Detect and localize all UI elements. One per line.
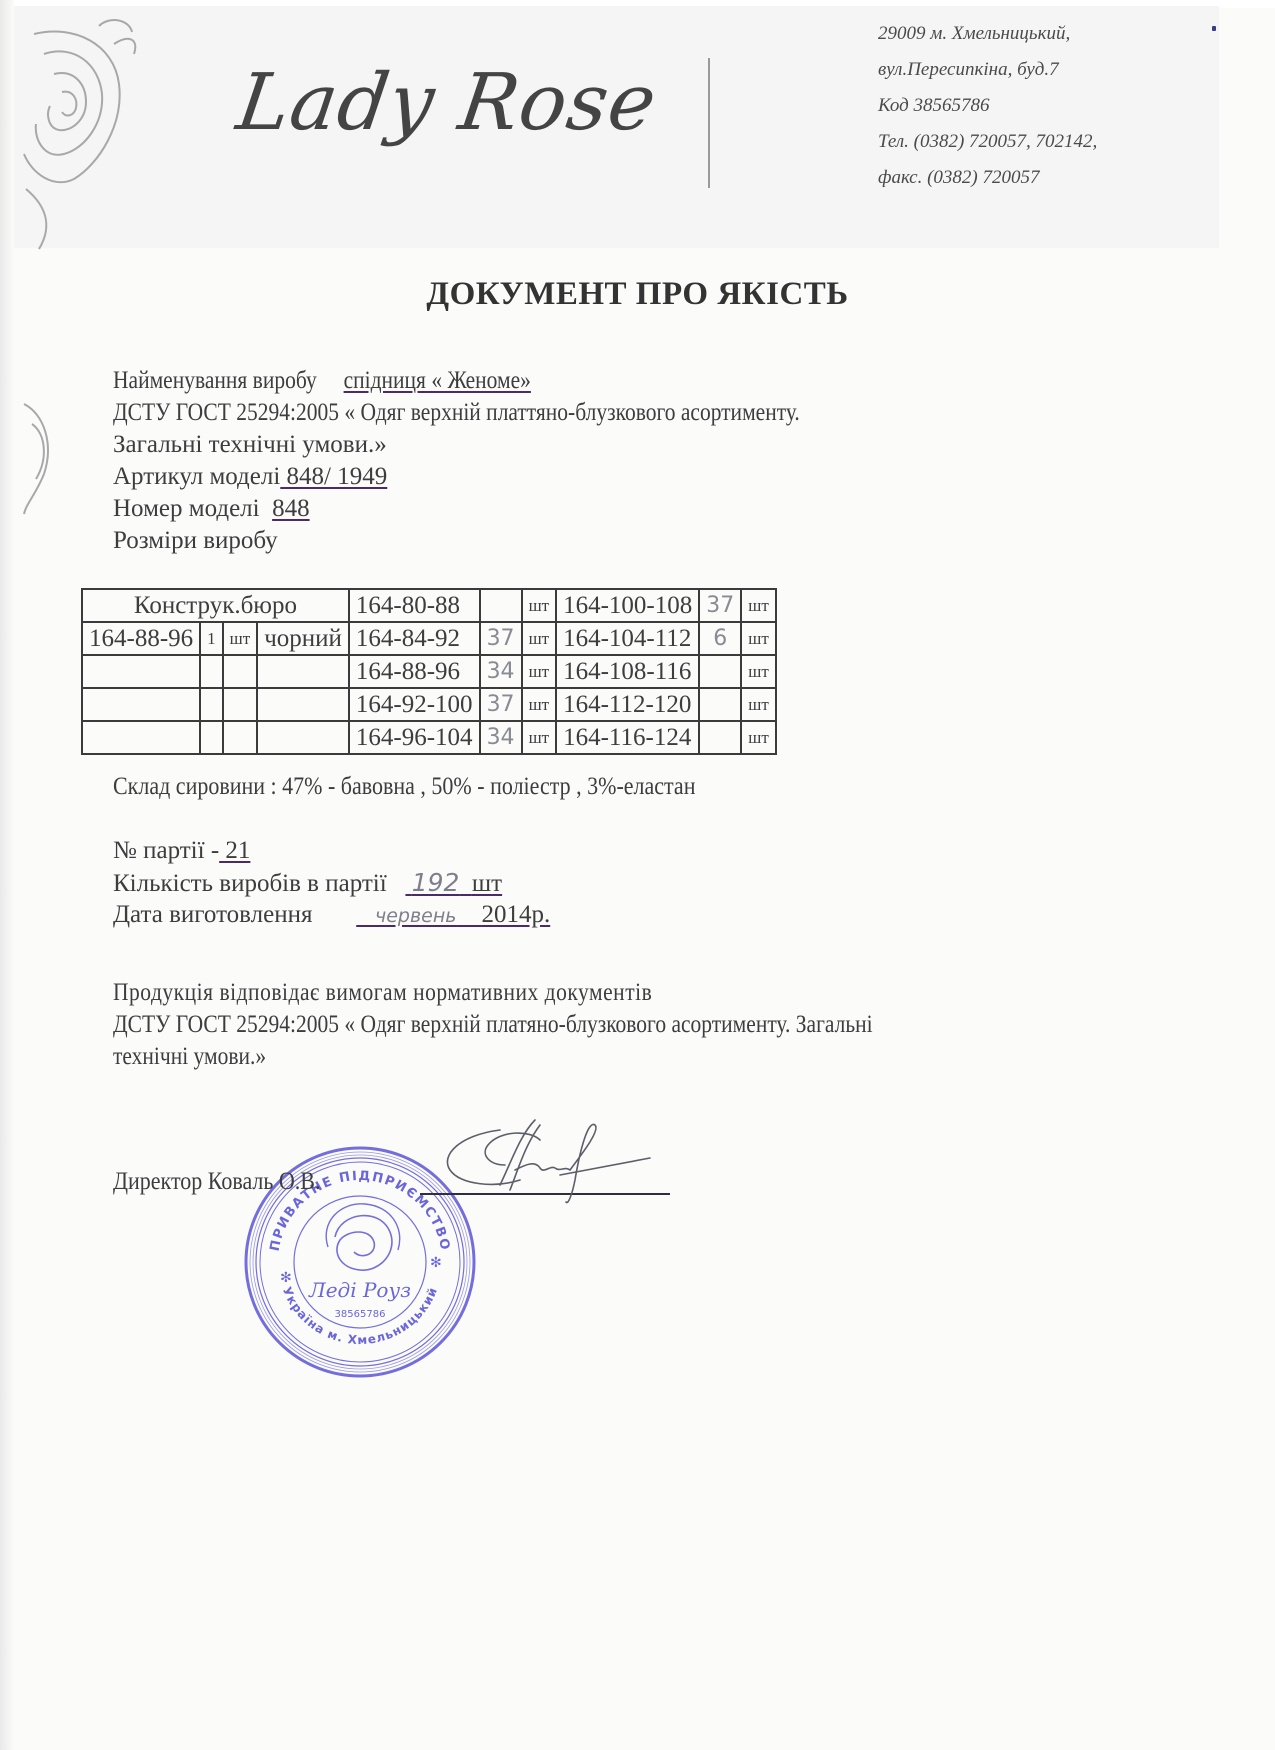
address-line: Тел. (0382) 720057, 702142, — [878, 124, 1097, 160]
unit-cell: шт — [741, 688, 776, 721]
composition: Склад сировини : 47% - бавовна , 50% - п… — [113, 772, 695, 802]
manufacture-year: 2014р. — [481, 901, 550, 928]
conformity-line: ДСТУ ГОСТ 25294:2005 « Одяг верхній плат… — [113, 1010, 873, 1040]
batch-quantity-label: Кількість виробів в партії — [113, 870, 387, 897]
size-table-row: 164-92-10037шт164-112-120шт — [82, 688, 776, 721]
rose-ornament-icon — [14, 14, 144, 614]
size-cell: 164-108-116 — [556, 655, 699, 688]
design-bureau-size: 164-88-96 — [82, 622, 200, 655]
batch-quantity-unit: шт — [472, 870, 502, 897]
signature-icon — [440, 1110, 680, 1210]
batch-number-value: 21 — [219, 837, 250, 864]
size-table-row: 164-88-9634шт164-108-116шт — [82, 655, 776, 688]
model-number-label: Номер моделі — [113, 495, 260, 522]
standard-line: ДСТУ ГОСТ 25294:2005 « Одяг верхній плат… — [113, 398, 800, 428]
design-bureau-unit — [223, 655, 258, 688]
size-cell: 164-112-120 — [556, 688, 699, 721]
unit-cell: шт — [741, 655, 776, 688]
quantity-cell — [480, 589, 522, 622]
quantity-cell — [699, 721, 741, 754]
unit-cell: шт — [741, 721, 776, 754]
size-cell: 164-96-104 — [349, 721, 480, 754]
sizes-label: Розміри виробу — [113, 526, 278, 556]
article-value: 848/ 1949 — [280, 463, 387, 490]
scan-speck — [1212, 26, 1216, 31]
design-bureau-unit — [223, 721, 258, 754]
address-line: вул.Пересипкіна, буд.7 — [878, 52, 1097, 88]
batch-number-row: № партії - 21 — [113, 836, 250, 866]
address-line: факс. (0382) 720057 — [878, 160, 1097, 196]
batch-quantity-field: 192 шт — [405, 870, 502, 897]
design-bureau-unit: шт — [223, 622, 258, 655]
address-line: 29009 м. Хмельницький, — [878, 16, 1097, 52]
manufacture-date-label: Дата виготовлення — [113, 901, 312, 928]
quantity-cell: 6 — [699, 622, 741, 655]
manufacture-date-field: червень 2014р. — [356, 901, 550, 928]
quantity-cell: 37 — [480, 622, 522, 655]
letterhead-divider — [708, 58, 710, 188]
design-bureau-color: чорний — [257, 622, 349, 655]
product-name-row: Найменування виробу спідниця « Женоме» — [113, 366, 531, 396]
design-bureau-color — [257, 655, 349, 688]
design-bureau-unit — [223, 688, 258, 721]
design-bureau-size — [82, 721, 200, 754]
manufacture-date-row: Дата виготовлення червень 2014р. — [113, 900, 550, 931]
size-table-row: Конструк.бюро164-80-88шт164-100-10837шт — [82, 589, 776, 622]
size-cell: 164-92-100 — [349, 688, 480, 721]
quantity-cell — [699, 688, 741, 721]
quantity-cell: 37 — [480, 688, 522, 721]
unit-cell: шт — [741, 622, 776, 655]
unit-cell: шт — [741, 589, 776, 622]
quantity-cell: 34 — [480, 655, 522, 688]
size-table-row: 164-88-961штчорний164-84-9237шт164-104-1… — [82, 622, 776, 655]
director-label: Директор Коваль О.В. — [113, 1167, 320, 1197]
batch-quantity-row: Кількість виробів в партії 192 шт — [113, 868, 502, 899]
unit-cell: шт — [522, 721, 557, 754]
scan-left-edge — [0, 0, 14, 1750]
unit-cell: шт — [522, 655, 557, 688]
batch-quantity-value: 192 — [412, 868, 460, 897]
size-cell: 164-84-92 — [349, 622, 480, 655]
design-bureau-qty — [200, 688, 223, 721]
design-bureau-qty — [200, 655, 223, 688]
svg-text:✻: ✻ — [280, 1270, 292, 1286]
quantity-cell: 37 — [699, 589, 741, 622]
article-label: Артикул моделі — [113, 463, 280, 490]
article-row: Артикул моделі 848/ 1949 — [113, 462, 387, 492]
standard-line: Загальні технічні умови.» — [113, 430, 387, 460]
size-cell: 164-104-112 — [556, 622, 699, 655]
company-address: 29009 м. Хмельницький, вул.Пересипкіна, … — [878, 16, 1097, 196]
batch-number-label: № партії - — [113, 837, 219, 864]
address-line: Код 38565786 — [878, 88, 1097, 124]
design-bureau-qty: 1 — [200, 622, 223, 655]
design-bureau-qty — [200, 721, 223, 754]
conformity-line: Продукція відповідає вимогам нормативних… — [113, 978, 652, 1008]
stamp-code: 38565786 — [335, 1309, 386, 1320]
design-bureau-color — [257, 721, 349, 754]
product-name-label: Найменування виробу — [113, 367, 317, 394]
design-bureau-header: Конструк.бюро — [82, 589, 349, 622]
document-title: ДОКУМЕНТ ПРО ЯКІСТЬ — [0, 276, 1275, 313]
manufacture-month: червень — [375, 905, 456, 927]
unit-cell: шт — [522, 589, 557, 622]
size-cell: 164-100-108 — [556, 589, 699, 622]
design-bureau-color — [257, 688, 349, 721]
quantity-cell — [699, 655, 741, 688]
unit-cell: шт — [522, 688, 557, 721]
unit-cell: шт — [522, 622, 557, 655]
size-table-row: 164-96-10434шт164-116-124шт — [82, 721, 776, 754]
size-table: Конструк.бюро164-80-88шт164-100-10837шт1… — [81, 588, 777, 755]
brand-logo: Lady Rose — [232, 58, 663, 148]
size-cell: 164-80-88 — [349, 589, 480, 622]
size-cell: 164-88-96 — [349, 655, 480, 688]
design-bureau-size — [82, 688, 200, 721]
model-number-value: 848 — [272, 495, 310, 522]
svg-text:✻: ✻ — [430, 1255, 442, 1271]
stamp-brand: Леді Роуз — [308, 1278, 411, 1302]
model-number-row: Номер моделі 848 — [113, 494, 310, 524]
quantity-cell: 34 — [480, 721, 522, 754]
design-bureau-size — [82, 655, 200, 688]
conformity-line: технічні умови.» — [113, 1042, 266, 1072]
size-cell: 164-116-124 — [556, 721, 699, 754]
product-name-value: спідниця « Женоме» — [344, 367, 531, 394]
